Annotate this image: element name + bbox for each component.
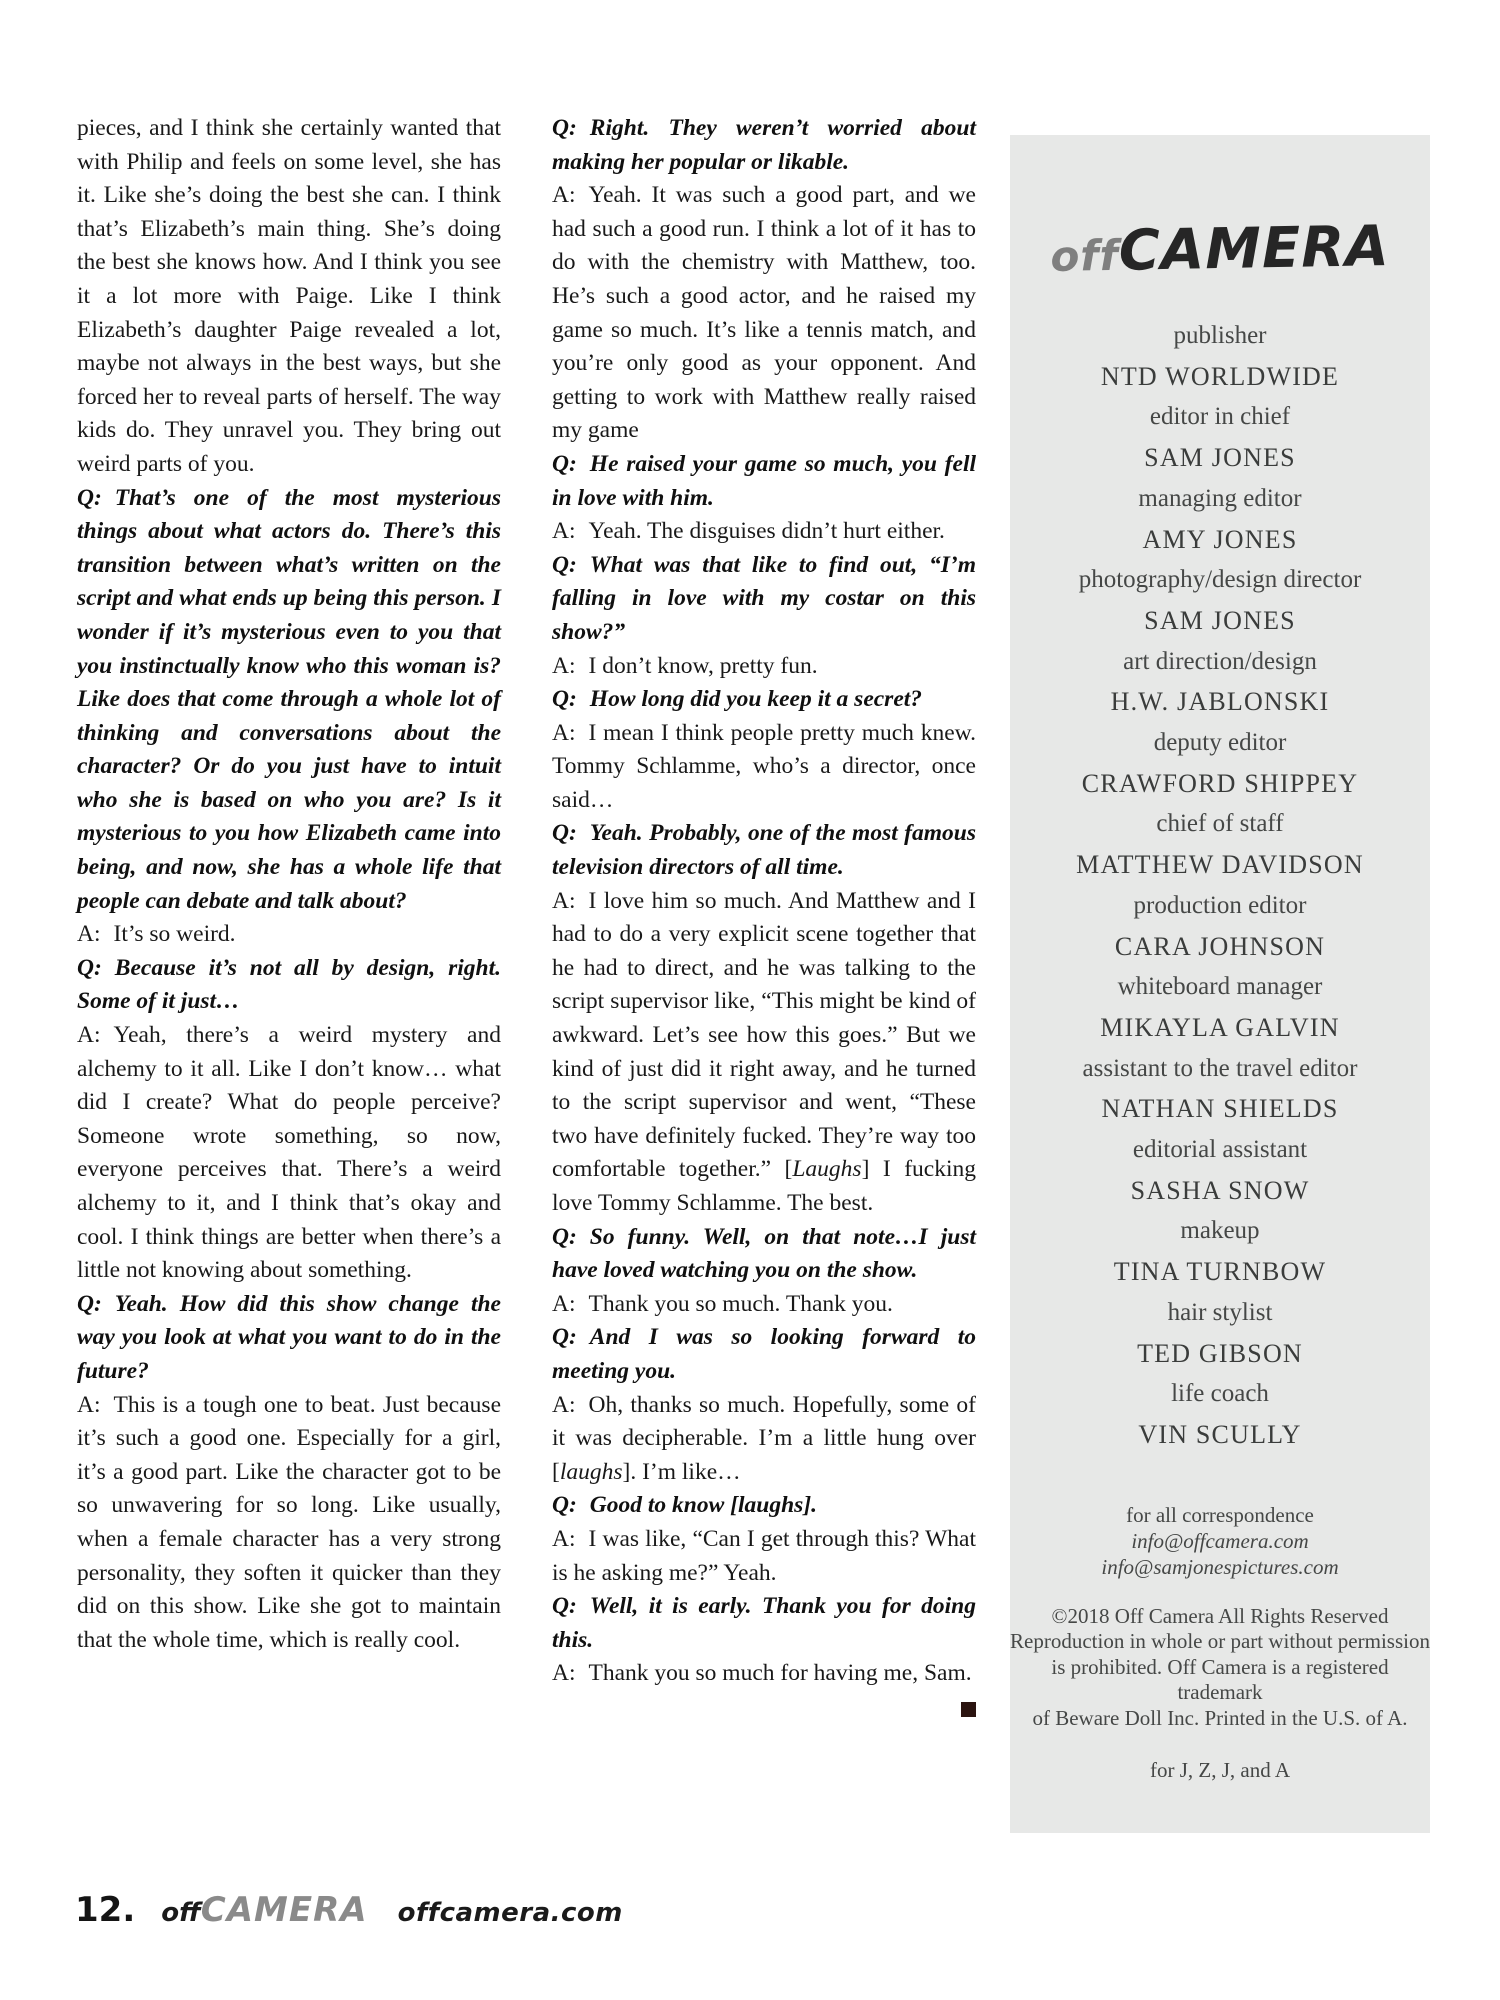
correspondence-block: for all correspondence info@offcamera.co… [1010, 1502, 1430, 1580]
credit-role: makeup [1010, 1211, 1430, 1252]
magazine-page: pieces, and I think she certainly wanted… [0, 0, 1500, 2000]
question-paragraph: Q:So funny. Well, on that note…I just ha… [552, 1221, 976, 1288]
speaker-label: A: [552, 182, 589, 208]
speaker-label: A: [552, 518, 589, 544]
question-paragraph: Q:Good to know [laughs]. [552, 1489, 976, 1523]
speaker-label: Q: [552, 1224, 590, 1250]
copyright-line: ©2018 Off Camera All Rights Reserved [1010, 1604, 1430, 1630]
question-paragraph: Q:Right. They weren’t worried about maki… [552, 112, 976, 179]
footer-site-url: offcamera.com [398, 1898, 623, 1928]
speaker-label: Q: [77, 1291, 115, 1317]
logo-off-text: off [1050, 231, 1119, 281]
credit-role: production editor [1010, 886, 1430, 927]
footer-logo-off: off [161, 1898, 201, 1928]
speaker-label: Q: [552, 451, 590, 477]
speaker-label: A: [552, 1526, 589, 1552]
page-number: 12. [75, 1890, 135, 1930]
answer-paragraph: A:Yeah. It was such a good part, and we … [552, 179, 976, 448]
correspondence-heading: for all correspondence [1010, 1502, 1430, 1528]
question-paragraph: Q:Yeah. Probably, one of the most famous… [552, 817, 976, 884]
speaker-label: Q: [552, 1492, 590, 1518]
credit-name: SASHA SNOW [1010, 1171, 1430, 1212]
dedication-line: for J, Z, J, and A [1010, 1758, 1430, 1783]
answer-paragraph: A:Yeah. The disguises didn’t hurt either… [552, 515, 976, 549]
speaker-label: Q: [552, 552, 590, 578]
question-paragraph: Q:He raised your game so much, you fell … [552, 448, 976, 515]
email-address: info@samjonespictures.com [1010, 1554, 1430, 1580]
question-paragraph: Q:How long did you keep it a secret? [552, 683, 976, 717]
speaker-label: A: [552, 1660, 589, 1686]
speaker-label: A: [552, 1392, 589, 1418]
credit-name: MATTHEW DAVIDSON [1010, 845, 1430, 886]
answer-paragraph: A:It’s so weird. [77, 918, 501, 952]
speaker-label: A: [552, 888, 589, 914]
speaker-label: Q: [77, 955, 115, 981]
masthead-sidebar: offCAMERA publisherNTD WORLDWIDEeditor i… [1010, 135, 1430, 1833]
question-paragraph: Q:Because it’s not all by design, right.… [77, 952, 501, 1019]
credit-name: VIN SCULLY [1010, 1415, 1430, 1456]
speaker-label: A: [552, 1291, 589, 1317]
speaker-label: A: [77, 921, 114, 947]
credit-name: SAM JONES [1010, 438, 1430, 479]
speaker-label: Q: [552, 686, 590, 712]
credit-name: TED GIBSON [1010, 1334, 1430, 1375]
question-paragraph: Q:What was that like to find out, “I’m f… [552, 549, 976, 650]
speaker-label: Q: [552, 1593, 590, 1619]
credit-role: art direction/design [1010, 642, 1430, 683]
speaker-label: A: [552, 653, 589, 679]
answer-paragraph: A:Thank you so much. Thank you. [552, 1288, 976, 1322]
credit-name: CARA JOHNSON [1010, 927, 1430, 968]
end-of-article-mark [961, 1702, 976, 1717]
speaker-label: Q: [552, 1324, 590, 1350]
credit-name: MIKAYLA GALVIN [1010, 1008, 1430, 1049]
speaker-label: Q: [552, 820, 590, 846]
credit-name: CRAWFORD SHIPPEY [1010, 764, 1430, 805]
credit-role: whiteboard manager [1010, 967, 1430, 1008]
speaker-label: A: [77, 1022, 114, 1048]
credit-role: photography/design director [1010, 560, 1430, 601]
copyright-line: is prohibited. Off Camera is a registere… [1010, 1655, 1430, 1706]
credit-name: NTD WORLDWIDE [1010, 357, 1430, 398]
credit-role: editorial assistant [1010, 1130, 1430, 1171]
answer-paragraph: A:This is a tough one to beat. Just beca… [77, 1389, 501, 1658]
credit-role: assistant to the travel editor [1010, 1049, 1430, 1090]
speaker-label: Q: [552, 115, 590, 141]
speaker-label: Q: [77, 485, 115, 511]
answer-paragraph: A:Thank you so much for having me, Sam. [552, 1657, 976, 1691]
correspondence-emails: info@offcamera.cominfo@samjonespictures.… [1010, 1528, 1430, 1580]
credit-role: hair stylist [1010, 1293, 1430, 1334]
speaker-label: A: [77, 1392, 114, 1418]
copyright-line: of Beware Doll Inc. Printed in the U.S. … [1010, 1706, 1430, 1732]
credit-name: TINA TURNBOW [1010, 1252, 1430, 1293]
credit-role: life coach [1010, 1374, 1430, 1415]
answer-paragraph: A:I mean I think people pretty much knew… [552, 717, 976, 818]
logo-camera-text: CAMERA [1118, 214, 1390, 284]
answer-paragraph: A:Yeah, there’s a weird mystery and alch… [77, 1019, 501, 1288]
credit-name: H.W. JABLONSKI [1010, 682, 1430, 723]
answer-paragraph: A:I don’t know, pretty fun. [552, 650, 976, 684]
credit-role: deputy editor [1010, 723, 1430, 764]
article-column-left: pieces, and I think she certainly wanted… [77, 112, 501, 1657]
credit-name: AMY JONES [1010, 520, 1430, 561]
answer-paragraph: A:Oh, thanks so much. Hopefully, some of… [552, 1389, 976, 1490]
footer-logo-camera: CAMERA [201, 1890, 368, 1930]
offcamera-logo: offCAMERA [1009, 213, 1430, 285]
question-paragraph: Q:And I was so looking forward to meetin… [552, 1321, 976, 1388]
body-paragraph: pieces, and I think she certainly wanted… [77, 112, 501, 482]
copyright-line: Reproduction in whole or part without pe… [1010, 1629, 1430, 1655]
question-paragraph: Q:That’s one of the most mysterious thin… [77, 482, 501, 919]
speaker-label: A: [552, 720, 589, 746]
credit-name: SAM JONES [1010, 601, 1430, 642]
email-address: info@offcamera.com [1010, 1528, 1430, 1554]
question-paragraph: Q:Yeah. How did this show change the way… [77, 1288, 501, 1389]
credit-name: NATHAN SHIELDS [1010, 1089, 1430, 1130]
credit-role: chief of staff [1010, 804, 1430, 845]
credit-role: managing editor [1010, 479, 1430, 520]
credits-list: publisherNTD WORLDWIDEeditor in chiefSAM… [1010, 316, 1430, 1456]
answer-paragraph: A:I love him so much. And Matthew and I … [552, 885, 976, 1221]
credit-role: publisher [1010, 316, 1430, 357]
copyright-block: ©2018 Off Camera All Rights ReservedRepr… [1010, 1604, 1430, 1732]
credit-role: editor in chief [1010, 397, 1430, 438]
article-column-middle: Q:Right. They weren’t worried about maki… [552, 112, 976, 1717]
page-footer: 12.offCAMERAoffcamera.com [75, 1890, 623, 1930]
answer-paragraph: A:I was like, “Can I get through this? W… [552, 1523, 976, 1590]
question-paragraph: Q:Well, it is early. Thank you for doing… [552, 1590, 976, 1657]
